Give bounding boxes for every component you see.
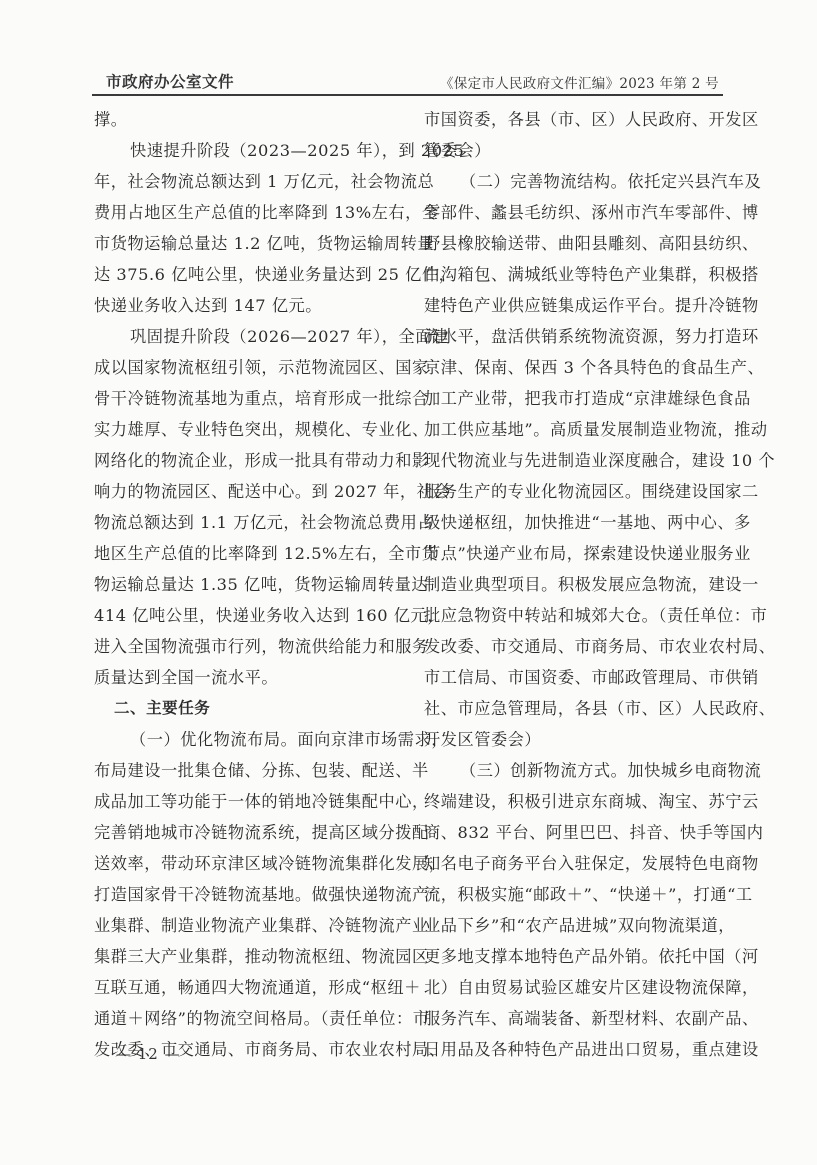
section-heading: 二、主要任务 — [94, 693, 394, 724]
text-line: 社、市应急管理局，各县（市、区）人民政府、 — [424, 693, 724, 724]
text-line: 进入全国物流强市行列，物流供给能力和服务 — [94, 631, 394, 662]
text-line: 地区生产总值的比率降到 12.5%左右，全市货 — [94, 538, 394, 569]
text-line: 服务汽车、高端装备、新型材料、农副产品、 — [424, 1003, 724, 1034]
page-header: 市政府办公室文件 《保定市人民政府文件汇编》2023 年第 2 号 — [92, 66, 723, 94]
text-line: 现代物流业与先进制造业深度融合，建设 10 个 — [424, 445, 724, 476]
header-divider — [92, 94, 723, 96]
text-line: 发改委、市交通局、市商务局、市农业农村局、 — [424, 631, 724, 662]
text-line: 快速提升阶段（2023—2025 年），到 2025 — [94, 135, 394, 166]
text-line: 布局建设一批集仓储、分拣、包装、配送、半 — [94, 755, 394, 786]
text-line: 骨干冷链物流基地为重点，培育形成一批综合 — [94, 383, 394, 414]
text-line: 达 375.6 亿吨公里，快递业务量达到 25 亿件， — [94, 259, 394, 290]
text-line: 业集群、制造业物流产业集群、冷链物流产业 — [94, 910, 394, 941]
text-line: 414 亿吨公里，快递业务收入达到 160 亿元， — [94, 600, 394, 631]
text-line: 京津、保南、保西 3 个各具特色的食品生产、 — [424, 352, 724, 383]
text-line: 业品下乡”和“农产品进城”双向物流渠道， — [424, 910, 724, 941]
text-line: 送效率，带动环京津区域冷链物流集群化发展， — [94, 848, 394, 879]
text-line: （三）创新物流方式。加快城乡电商物流 — [424, 755, 724, 786]
text-line: 快递业务收入达到 147 亿元。 — [94, 290, 394, 321]
text-line: 打造国家骨干冷链物流基地。做强快递物流产 — [94, 879, 394, 910]
text-line: 市货物运输总量达 1.2 亿吨，货物运输周转量 — [94, 228, 394, 259]
text-line: 费用占地区生产总值的比率降到 13%左右，全 — [94, 197, 394, 228]
text-line: 白沟箱包、满城纸业等特色产业集群，积极搭 — [424, 259, 724, 290]
text-line: 批应急物资中转站和城郊大仓。（责任单位：市 — [424, 600, 724, 631]
text-line: 零部件、蠡县毛纺织、涿州市汽车零部件、博 — [424, 197, 724, 228]
text-line: 集群三大产业集群，推动物流枢纽、物流园区 — [94, 941, 394, 972]
text-line: 加工供应基地”。高质量发展制造业物流，推动 — [424, 414, 724, 445]
text-line: 互联互通，畅通四大物流通道，形成“枢纽＋ — [94, 972, 394, 1003]
text-line: 商、832 平台、阿里巴巴、抖音、快手等国内 — [424, 817, 724, 848]
text-line: 流，积极实施“邮政＋”、“快递＋”，打通“工 — [424, 879, 724, 910]
header-publication-title: 《保定市人民政府文件汇编》2023 年第 2 号 — [440, 72, 719, 92]
text-line: 巩固提升阶段（2026—2027 年），全面建 — [94, 321, 394, 352]
text-line: 服务生产的专业化物流园区。围绕建设国家二 — [424, 476, 724, 507]
text-line: 节点”快递产业布局，探索建设快递业服务业 — [424, 538, 724, 569]
text-line: 成品加工等功能于一体的销地冷链集配中心， — [94, 786, 394, 817]
right-column: 市国资委，各县（市、区）人民政府、开发区管委会）（二）完善物流结构。依托定兴县汽… — [424, 104, 724, 1065]
text-line: 物流总额达到 1.1 万亿元，社会物流总费用占 — [94, 507, 394, 538]
text-line: 级快递枢纽，加快推进“一基地、两中心、多 — [424, 507, 724, 538]
page-number: — 12 — — [116, 1045, 181, 1063]
text-line: 质量达到全国一流水平。 — [94, 662, 394, 693]
text-line: 完善销地城市冷链物流系统，提高区域分拨配 — [94, 817, 394, 848]
header-document-source: 市政府办公室文件 — [106, 70, 234, 92]
text-line: 开发区管委会） — [424, 724, 724, 755]
text-line: 北）自由贸易试验区雄安片区建设物流保障， — [424, 972, 724, 1003]
text-line: 流水平，盘活供销系统物流资源，努力打造环 — [424, 321, 724, 352]
text-line: 成以国家物流枢纽引领，示范物流园区、国家 — [94, 352, 394, 383]
text-line: 终端建设，积极引进京东商城、淘宝、苏宁云 — [424, 786, 724, 817]
text-line: 实力雄厚、专业特色突出，规模化、专业化、 — [94, 414, 394, 445]
text-line: 加工产业带，把我市打造成“京津雄绿色食品 — [424, 383, 724, 414]
text-line: 撑。 — [94, 104, 394, 135]
text-line: 年，社会物流总额达到 1 万亿元，社会物流总 — [94, 166, 394, 197]
text-line: 更多地支撑本地特色产品外销。依托中国（河 — [424, 941, 724, 972]
text-line: 响力的物流园区、配送中心。到 2027 年，社会 — [94, 476, 394, 507]
text-line: 网络化的物流企业，形成一批具有带动力和影 — [94, 445, 394, 476]
text-line: 市工信局、市国资委、市邮政管理局、市供销 — [424, 662, 724, 693]
text-line: 建特色产业供应链集成运作平台。提升冷链物 — [424, 290, 724, 321]
text-line: （二）完善物流结构。依托定兴县汽车及 — [424, 166, 724, 197]
text-line: 制造业典型项目。积极发展应急物流，建设一 — [424, 569, 724, 600]
text-line: （一）优化物流布局。面向京津市场需求， — [94, 724, 394, 755]
text-line: 市国资委，各县（市、区）人民政府、开发区 — [424, 104, 724, 135]
text-line: 日用品及各种特色产品进出口贸易，重点建设 — [424, 1034, 724, 1065]
text-line: 野县橡胶输送带、曲阳县雕刻、高阳县纺织、 — [424, 228, 724, 259]
text-line: 管委会） — [424, 135, 724, 166]
text-line: 通道＋网络”的物流空间格局。（责任单位：市 — [94, 1003, 394, 1034]
text-line: 知名电子商务平台入驻保定，发展特色电商物 — [424, 848, 724, 879]
text-line: 物运输总量达 1.35 亿吨，货物运输周转量达 — [94, 569, 394, 600]
left-column: 撑。快速提升阶段（2023—2025 年），到 2025年，社会物流总额达到 1… — [94, 104, 394, 1065]
